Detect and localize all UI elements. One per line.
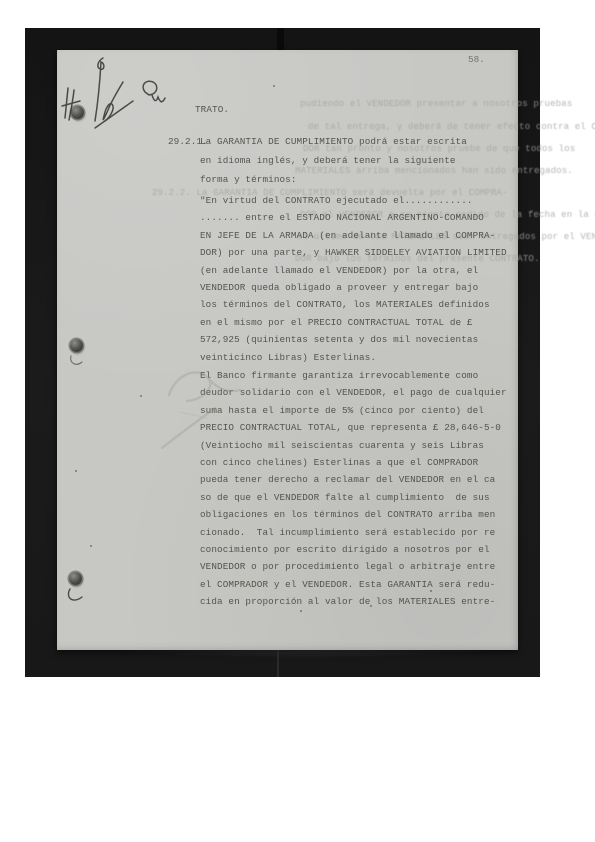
carried-over-word: TRATO. [195, 101, 229, 118]
scan-speck [430, 590, 432, 592]
punch-hole-bottom [69, 572, 82, 585]
scanned-document-canvas: 58. pudiendo el VENDEDOR presentar a nos… [0, 0, 595, 842]
scan-speck [300, 610, 302, 612]
ghost-text-line: de tal entrega, y deberá de tener efecto… [308, 121, 595, 132]
guarantee-quote-paragraph: "En virtud del CONTRATO ejecutado el....… [200, 192, 507, 366]
punch-hole-middle [70, 339, 83, 352]
bank-guarantee-paragraph: El Banco firmante garantiza irrevocablem… [200, 367, 507, 611]
scan-dark-background: 58. pudiendo el VENDEDOR presentar a nos… [25, 28, 540, 677]
scan-speck [140, 395, 142, 397]
page-number: 58. [468, 54, 485, 65]
scan-speck [370, 605, 372, 607]
scan-speck [75, 470, 77, 472]
scan-speck [90, 545, 92, 547]
document-page: 58. pudiendo el VENDEDOR presentar a nos… [57, 50, 518, 650]
punch-hole-top [71, 106, 84, 119]
ghost-text-line: pudiendo el VENDEDOR presentar a nosotro… [300, 98, 572, 109]
scan-speck [273, 85, 275, 87]
scan-seam-top [277, 28, 284, 52]
clause-heading: La GARANTIA DE CUMPLIMIENTO podrá estar … [200, 132, 467, 190]
